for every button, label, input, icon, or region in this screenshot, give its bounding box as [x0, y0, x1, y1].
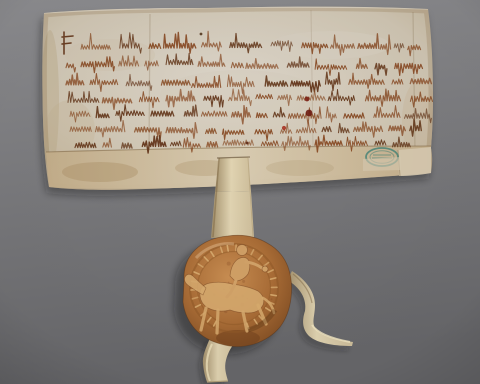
charter-photograph	[0, 0, 480, 384]
vignette-overlay	[0, 0, 480, 384]
charter-photo-canvas	[0, 0, 480, 384]
